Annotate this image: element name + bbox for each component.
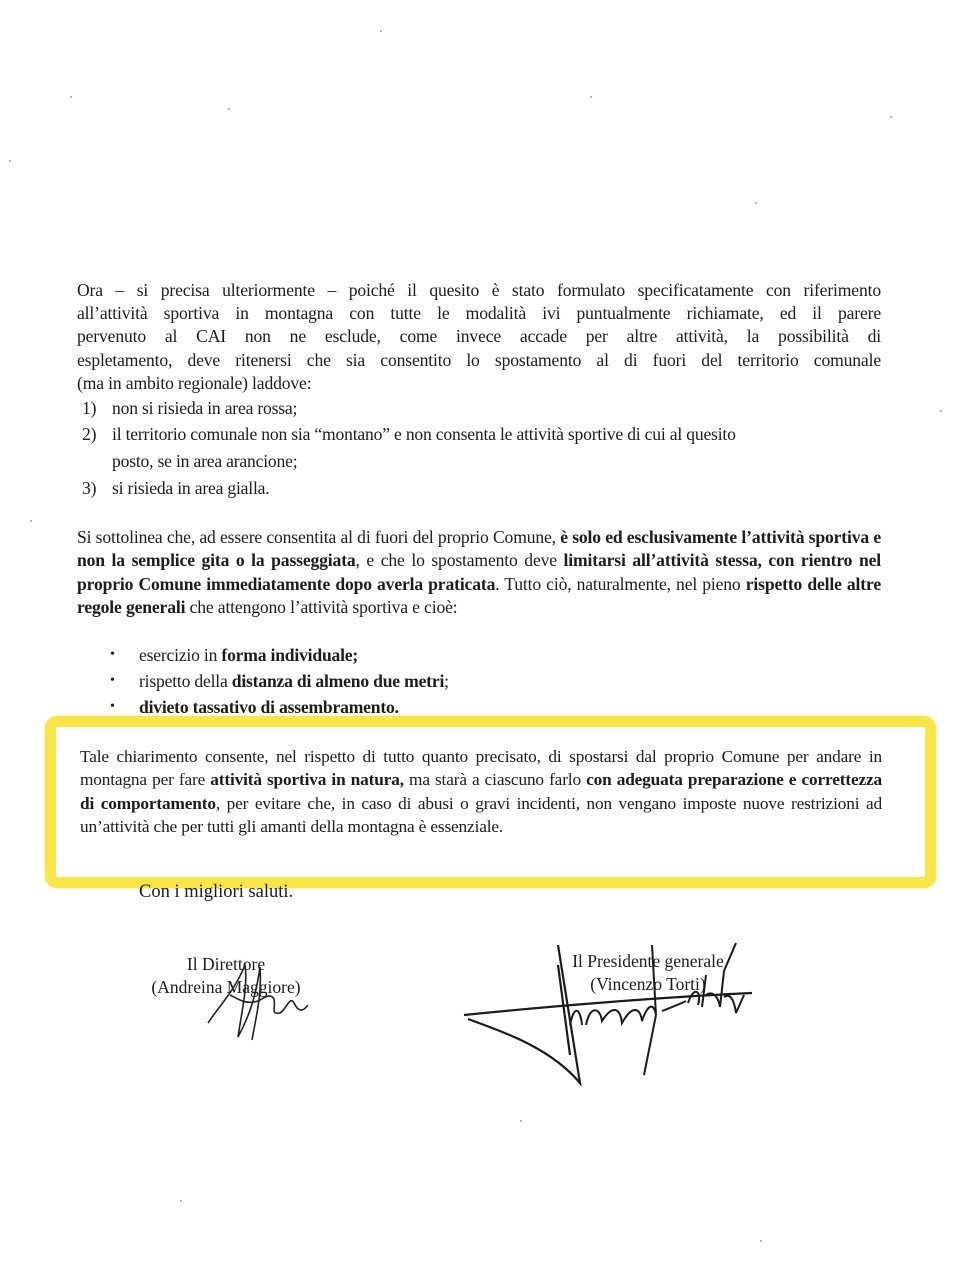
paragraph-intro-line: espletamento, deve ritenersi che sia con… (77, 349, 881, 372)
closing-greeting: Con i migliori saluti. (139, 882, 293, 903)
condition-number: 3) (82, 476, 112, 500)
handwritten-signature-director (190, 955, 320, 1045)
rules-list: • esercizio in forma individuale; • risp… (110, 642, 810, 720)
condition-text-continued: posto, se in area arancione; (112, 451, 297, 471)
conditions-list: 1) non si risieda in area rossa; 2) il t… (82, 396, 872, 500)
text-run: , e che lo spostamento deve (356, 550, 564, 570)
paragraph-intro: Ora – si precisa ulteriormente – poiché … (77, 279, 881, 395)
condition-item: 2) il territorio comunale non sia “monta… (82, 422, 872, 476)
bullet-icon: • (110, 668, 139, 694)
condition-item: 3) si risieda in area gialla. (82, 476, 872, 500)
handwritten-signature-president (462, 935, 762, 1085)
paragraph-clarification: Si sottolinea che, ad essere consentita … (77, 526, 881, 620)
condition-number: 1) (82, 396, 112, 420)
paragraph-intro-line: Ora – si precisa ulteriormente – poiché … (77, 279, 881, 302)
bullet-icon: • (110, 642, 139, 668)
paragraph-intro-line: (ma in ambito regionale) laddove: (77, 372, 881, 395)
paragraph-intro-line: all’attività sportiva in montagna con tu… (77, 302, 881, 325)
paragraph-intro-line: pervenuto al CAI non ne esclude, come in… (77, 325, 881, 348)
text-run: che attengono l’attività sportiva e cioè… (185, 597, 457, 617)
condition-item: 1) non si risieda in area rossa; (82, 396, 872, 420)
rule-item: • rispetto della distanza di almeno due … (110, 668, 810, 694)
rule-item: • esercizio in forma individuale; (110, 642, 810, 668)
text-run: Si sottolinea che, ad essere consentita … (77, 527, 560, 547)
condition-text: si risieda in area gialla. (112, 476, 872, 500)
condition-text: il territorio comunale non sia “montano”… (112, 424, 736, 444)
text-run: ma starà a ciascuno farlo (404, 770, 586, 789)
text-run: . Tutto ciò, naturalmente, nel pieno (495, 574, 746, 594)
bold-text-run: attività sportiva in natura, (210, 770, 404, 789)
condition-text: non si risieda in area rossa; (112, 396, 872, 420)
condition-number: 2) (82, 422, 112, 476)
highlighted-paragraph: Tale chiarimento consente, nel rispetto … (80, 745, 882, 839)
